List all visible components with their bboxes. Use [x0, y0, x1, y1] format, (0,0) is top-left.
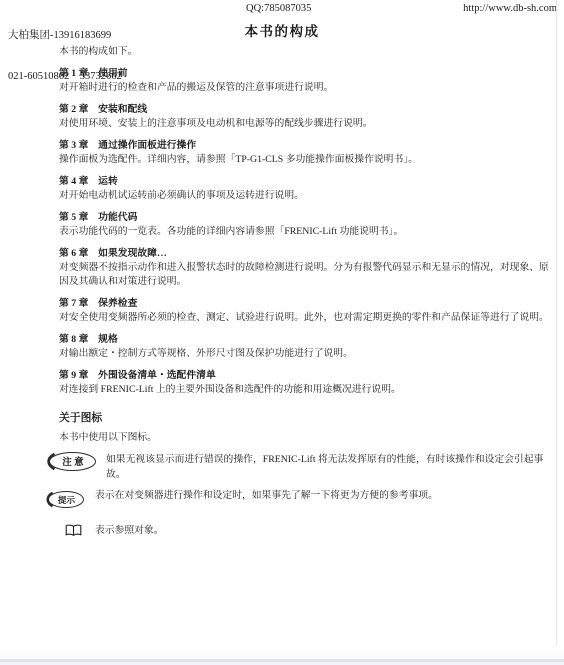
chapter-item: 第 5 章 功能代码 表示功能代码的一览表。各功能的详细内容请参照「FRENIC… [59, 211, 556, 239]
chapter-heading: 第 4 章 运转 [59, 175, 556, 189]
chapter-description: 操作面板为选配件。详细内容，请参照「TP-G1-CLS 多功能操作面板操作说明书… [59, 153, 556, 167]
chapter-item: 第 3 章 通过操作面板进行操作 操作面板为选配件。详细内容，请参照「TP-G1… [59, 139, 556, 167]
page-title: 本书的构成 [0, 20, 564, 40]
header-url: http://www.db-sh.com [463, 3, 557, 14]
chapter-description: 对输出额定・控制方式等规格、外形尺寸图及保护功能进行了说明。 [59, 347, 556, 361]
chapter-heading: 第 7 章 保养检查 [59, 297, 556, 311]
chapter-description: 对使用环境、安装上的注意事项及电动机和电源等的配线步骤进行说明。 [59, 117, 556, 131]
chapter-item: 第 8 章 规格 对输出额定・控制方式等规格、外形尺寸图及保护功能进行了说明。 [59, 333, 556, 361]
caution-badge-icon: 注 意 [45, 452, 97, 472]
chapter-item: 第 7 章 保养检查 对安全使用变频器所必须的检查、测定、试验进行说明。此外，也… [59, 297, 556, 325]
icon-legend-intro: 本书中使用以下图标。 [59, 431, 556, 445]
tip-badge-label: 提示 [57, 494, 76, 505]
chapter-heading: 第 8 章 规格 [59, 333, 556, 347]
open-book-icon [65, 523, 82, 542]
note-legend-row: 注 意 如果无视该显示而进行错误的操作，FRENIC-Lift 将无法发挥原有的… [45, 452, 548, 482]
intro-text: 本书的构成如下。 [59, 45, 556, 59]
header-qq: QQ:785087035 [246, 3, 311, 14]
caution-badge-label: 注 意 [62, 456, 84, 468]
chapter-description: 对开箱时进行的检查和产品的搬运及保管的注意事项进行说明。 [59, 81, 556, 95]
chapter-heading: 第 2 章 安装和配线 [59, 103, 556, 117]
chapter-heading: 第 3 章 通过操作面板进行操作 [59, 139, 556, 153]
content-column: 本书的构成如下。 第 1 章 使用前 对开箱时进行的检查和产品的搬运及保管的注意… [59, 45, 556, 542]
scan-right-edge [556, 0, 557, 660]
chapter-heading: 第 9 章 外围设备清单・选配件清单 [59, 369, 556, 383]
tip-legend-text: 表示在对变频器进行操作和设定时，如果事先了解一下将更为方便的参考事项。 [95, 488, 548, 503]
chapter-item: 第 1 章 使用前 对开箱时进行的检查和产品的搬运及保管的注意事项进行说明。 [59, 67, 556, 95]
scan-bottom-fade [0, 646, 564, 659]
tip-legend-row: 提示 表示在对变频器进行操作和设定时，如果事先了解一下将更为方便的参考事项。 [45, 488, 548, 509]
chapter-item: 第 4 章 运转 对开始电动机试运转前必须确认的事项及运转进行说明。 [59, 175, 556, 203]
reference-legend-row: 表示参照对象。 [65, 523, 548, 542]
icon-legend-heading: 关于图标 [59, 411, 556, 425]
chapter-description: 表示功能代码的一览表。各功能的详细内容请参照「FRENIC-Lift 功能说明书… [59, 225, 556, 239]
chapter-description: 对开始电动机试运转前必须确认的事项及运转进行说明。 [59, 189, 556, 203]
document-page: 大柏集团-13916183699 021-60510862 33732662 Q… [0, 0, 564, 665]
chapter-description: 对安全使用变频器所必须的检查、测定、试验进行说明。此外，也对需定期更换的零件和产… [59, 311, 556, 325]
note-legend-text: 如果无视该显示而进行错误的操作，FRENIC-Lift 将无法发挥原有的性能，有… [106, 452, 548, 482]
chapter-item: 第 6 章 如果发现故障… 对变频器不按指示动作和进入报警状态时的故障检测进行说… [59, 247, 556, 289]
tip-badge-icon: 提示 [45, 488, 89, 509]
chapter-heading: 第 5 章 功能代码 [59, 211, 556, 225]
chapter-item: 第 9 章 外围设备清单・选配件清单 对连接到 FRENIC-Lift 上的主要… [59, 369, 556, 397]
reference-legend-text: 表示参照对象。 [95, 523, 548, 538]
chapter-item: 第 2 章 安装和配线 对使用环境、安装上的注意事项及电动机和电源等的配线步骤进… [59, 103, 556, 131]
chapter-description: 对连接到 FRENIC-Lift 上的主要外围设备和选配件的功能和用途概况进行说… [59, 383, 556, 397]
chapter-heading: 第 6 章 如果发现故障… [59, 247, 556, 261]
chapter-description: 对变频器不按指示动作和进入报警状态时的故障检测进行说明。分为有报警代码显示和无显… [59, 261, 556, 289]
chapter-heading: 第 1 章 使用前 [59, 67, 556, 81]
